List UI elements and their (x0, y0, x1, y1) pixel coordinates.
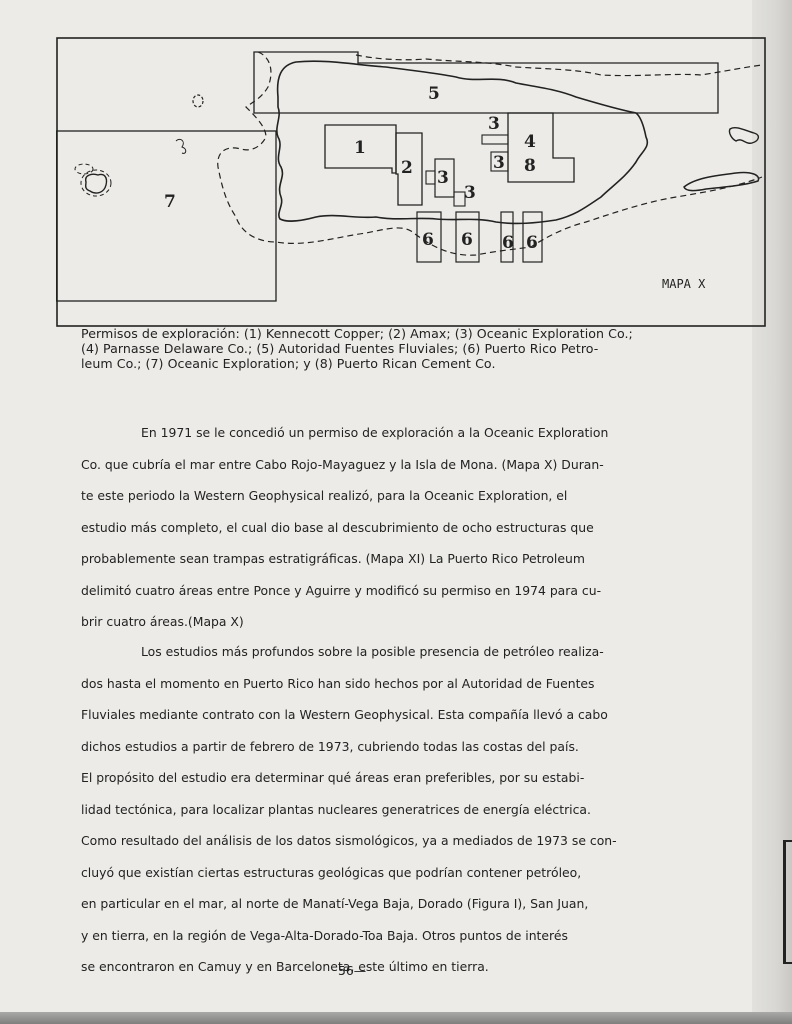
page-number: 56— (338, 963, 366, 978)
map-label-3: 3 (464, 183, 476, 203)
text-line: probablemente sean trampas estratigráfic… (81, 543, 761, 575)
paragraph-1: En 1971 se le concedió un permiso de exp… (81, 417, 761, 638)
map-label-6: 6 (526, 233, 538, 253)
permit-area-3c (482, 135, 508, 144)
text-line: lidad tectónica, para localizar plantas … (81, 794, 761, 826)
shelf-boundary-dashed (218, 52, 762, 255)
map-label-3: 3 (493, 153, 505, 173)
text-line: dichos estudios a partir de febrero de 1… (81, 731, 761, 763)
text-line: se encontraron en Camuy y en Barceloneta… (81, 951, 761, 983)
text-line: cluyó que existían ciertas estructuras g… (81, 857, 761, 889)
map-label-6: 6 (422, 230, 434, 250)
caption-line: leum Co.; (7) Oceanic Exploration; y (8)… (81, 356, 761, 371)
exploration-permits-map: 1 2 3 3 3 3 4 5 6 6 6 6 7 8 MAPA X (56, 37, 766, 327)
map-label-1: 1 (354, 138, 366, 158)
culebra-island (729, 128, 758, 144)
text-line: El propósito del estudio era determinar … (81, 762, 761, 794)
permit-area-7 (56, 131, 276, 301)
paragraph-2: Los estudios más profundos sobre la posi… (81, 636, 761, 983)
text-line: brir cuatro áreas.(Mapa X) (81, 606, 761, 638)
map-label-4: 4 (524, 132, 536, 152)
text-line: Como resultado del análisis de los datos… (81, 825, 761, 857)
map-label-6: 6 (461, 230, 473, 250)
map-title: MAPA X (662, 277, 706, 291)
coastline-puerto-rico (277, 61, 648, 223)
text-line: te este periodo la Western Geophysical r… (81, 480, 761, 512)
permit-area-4-8 (508, 113, 574, 182)
text-line: y en tierra, en la región de Vega-Alta-D… (81, 920, 761, 952)
text-line: en particular en el mar, al norte de Man… (81, 888, 761, 920)
text-line: Fluviales mediante contrato con la Weste… (81, 699, 761, 731)
map-caption: Permisos de exploración: (1) Kennecott C… (81, 326, 761, 371)
map-label-5: 5 (428, 84, 440, 104)
map-label-3: 3 (437, 168, 449, 188)
text-line: Co. que cubría el mar entre Cabo Rojo-Ma… (81, 449, 761, 481)
map-label-6: 6 (502, 233, 514, 253)
caption-line: (4) Parnasse Delaware Co.; (5) Autoridad… (81, 341, 761, 356)
vieques-island (684, 172, 759, 190)
map-label-2: 2 (401, 158, 413, 178)
scan-bottom-shadow (0, 1012, 792, 1024)
text-line: dos hasta el momento en Puerto Rico han … (81, 668, 761, 700)
text-line: delimitó cuatro áreas entre Ponce y Agui… (81, 575, 761, 607)
map-label-3: 3 (488, 114, 500, 134)
map-border (57, 38, 765, 326)
text-line: estudio más completo, el cual dio base a… (81, 512, 761, 544)
underlying-page-mark (783, 840, 792, 964)
caption-line: Permisos de exploración: (1) Kennecott C… (81, 326, 761, 341)
mona-island (86, 174, 107, 193)
map-label-8: 8 (524, 156, 536, 176)
text-line: Los estudios más profundos sobre la posi… (81, 636, 761, 668)
text-line: En 1971 se le concedió un permiso de exp… (81, 417, 761, 449)
map-label-7: 7 (164, 192, 176, 212)
map-svg: 1 2 3 3 3 3 4 5 6 6 6 6 7 8 MAPA X (56, 37, 766, 327)
